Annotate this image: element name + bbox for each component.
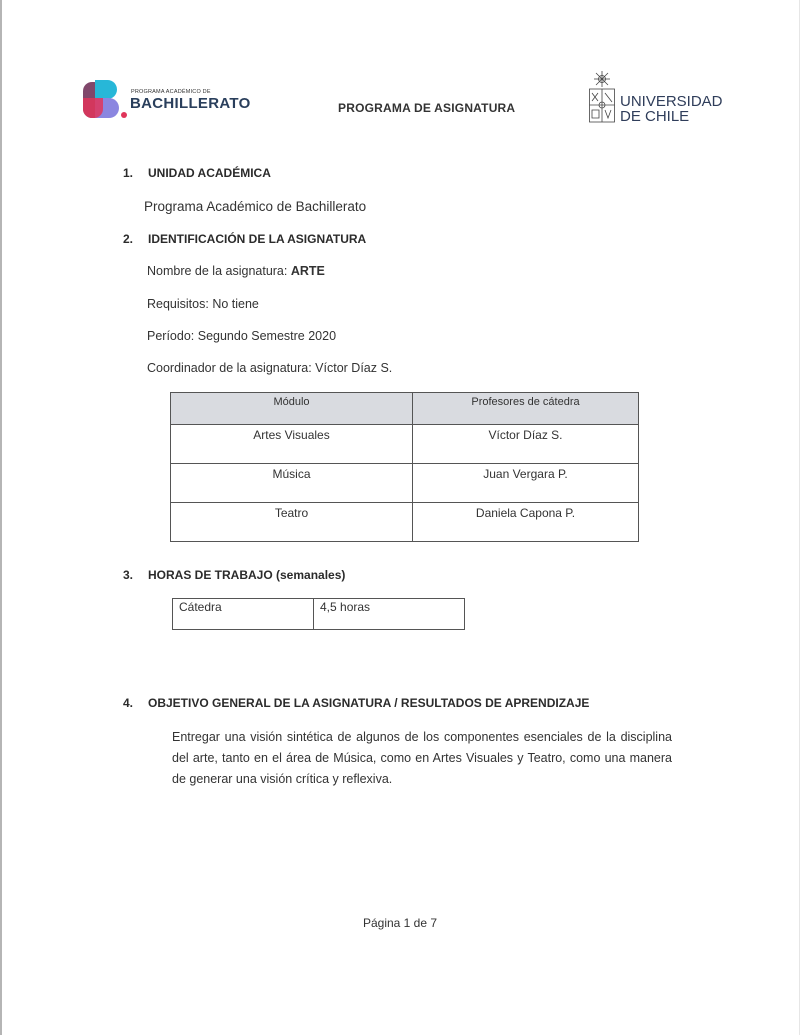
page-number: Página 1 de 7 — [0, 916, 800, 930]
field-label: Requisitos: — [147, 297, 212, 311]
section-number: 3. — [123, 568, 148, 582]
field-value: Víctor Díaz S. — [315, 361, 392, 375]
academic-unit-value: Programa Académico de Bachillerato — [144, 199, 366, 214]
university-crest-icon — [588, 70, 616, 124]
field-value: Segundo Semestre 2020 — [198, 329, 336, 343]
table-row: Teatro Daniela Capona P. — [171, 503, 639, 542]
column-header-module: Módulo — [171, 393, 413, 425]
section-number: 2. — [123, 232, 148, 246]
bachillerato-logo: PROGRAMA ACADÉMICO DE BACHILLERATO — [83, 80, 243, 120]
field-subject-name: Nombre de la asignatura: ARTE — [147, 264, 325, 278]
section-title: IDENTIFICACIÓN DE LA ASIGNATURA — [148, 232, 366, 246]
professor-cell: Víctor Díaz S. — [413, 425, 639, 464]
field-label: Coordinador de la asignatura: — [147, 361, 315, 375]
section-heading: 4.OBJETIVO GENERAL DE LA ASIGNATURA / RE… — [123, 696, 589, 710]
module-cell: Teatro — [171, 503, 413, 542]
objective-paragraph: Entregar una visión sintética de algunos… — [172, 727, 672, 790]
field-value: ARTE — [291, 264, 325, 278]
scan-edge — [0, 0, 2, 1035]
section-heading: 3.HORAS DE TRABAJO (semanales) — [123, 568, 345, 582]
modules-table: Módulo Profesores de cátedra Artes Visua… — [170, 392, 639, 542]
university-name-line2: DE CHILE — [620, 109, 723, 124]
document-title: PROGRAMA DE ASIGNATURA — [338, 101, 515, 115]
section-title: OBJETIVO GENERAL DE LA ASIGNATURA / RESU… — [148, 696, 589, 710]
section-title: HORAS DE TRABAJO (semanales) — [148, 568, 345, 582]
section-heading: 2.IDENTIFICACIÓN DE LA ASIGNATURA — [123, 232, 366, 246]
field-label: Período: — [147, 329, 198, 343]
professor-cell: Daniela Capona P. — [413, 503, 639, 542]
section-heading: 1.UNIDAD ACADÉMICA — [123, 166, 271, 180]
hours-type-cell: Cátedra — [173, 599, 314, 630]
section-title: UNIDAD ACADÉMICA — [148, 166, 271, 180]
section-number: 4. — [123, 696, 148, 710]
hours-table: Cátedra 4,5 horas — [172, 598, 465, 630]
field-label: Nombre de la asignatura: — [147, 264, 291, 278]
table-row: Artes Visuales Víctor Díaz S. — [171, 425, 639, 464]
bachillerato-b-icon — [83, 80, 127, 120]
hours-value-cell: 4,5 horas — [314, 599, 465, 630]
section-number: 1. — [123, 166, 148, 180]
field-requirements: Requisitos: No tiene — [147, 297, 259, 311]
field-period: Período: Segundo Semestre 2020 — [147, 329, 336, 343]
logo-title: BACHILLERATO — [130, 95, 251, 112]
module-cell: Artes Visuales — [171, 425, 413, 464]
column-header-professors: Profesores de cátedra — [413, 393, 639, 425]
universidad-de-chile-logo: UNIVERSIDAD DE CHILE — [588, 70, 728, 126]
table-row: Cátedra 4,5 horas — [173, 599, 465, 630]
table-row: Música Juan Vergara P. — [171, 464, 639, 503]
module-cell: Música — [171, 464, 413, 503]
table-header-row: Módulo Profesores de cátedra — [171, 393, 639, 425]
professor-cell: Juan Vergara P. — [413, 464, 639, 503]
field-coordinator: Coordinador de la asignatura: Víctor Día… — [147, 361, 392, 375]
university-name-line1: UNIVERSIDAD — [620, 94, 723, 109]
university-name: UNIVERSIDAD DE CHILE — [620, 94, 723, 124]
field-value: No tiene — [212, 297, 259, 311]
